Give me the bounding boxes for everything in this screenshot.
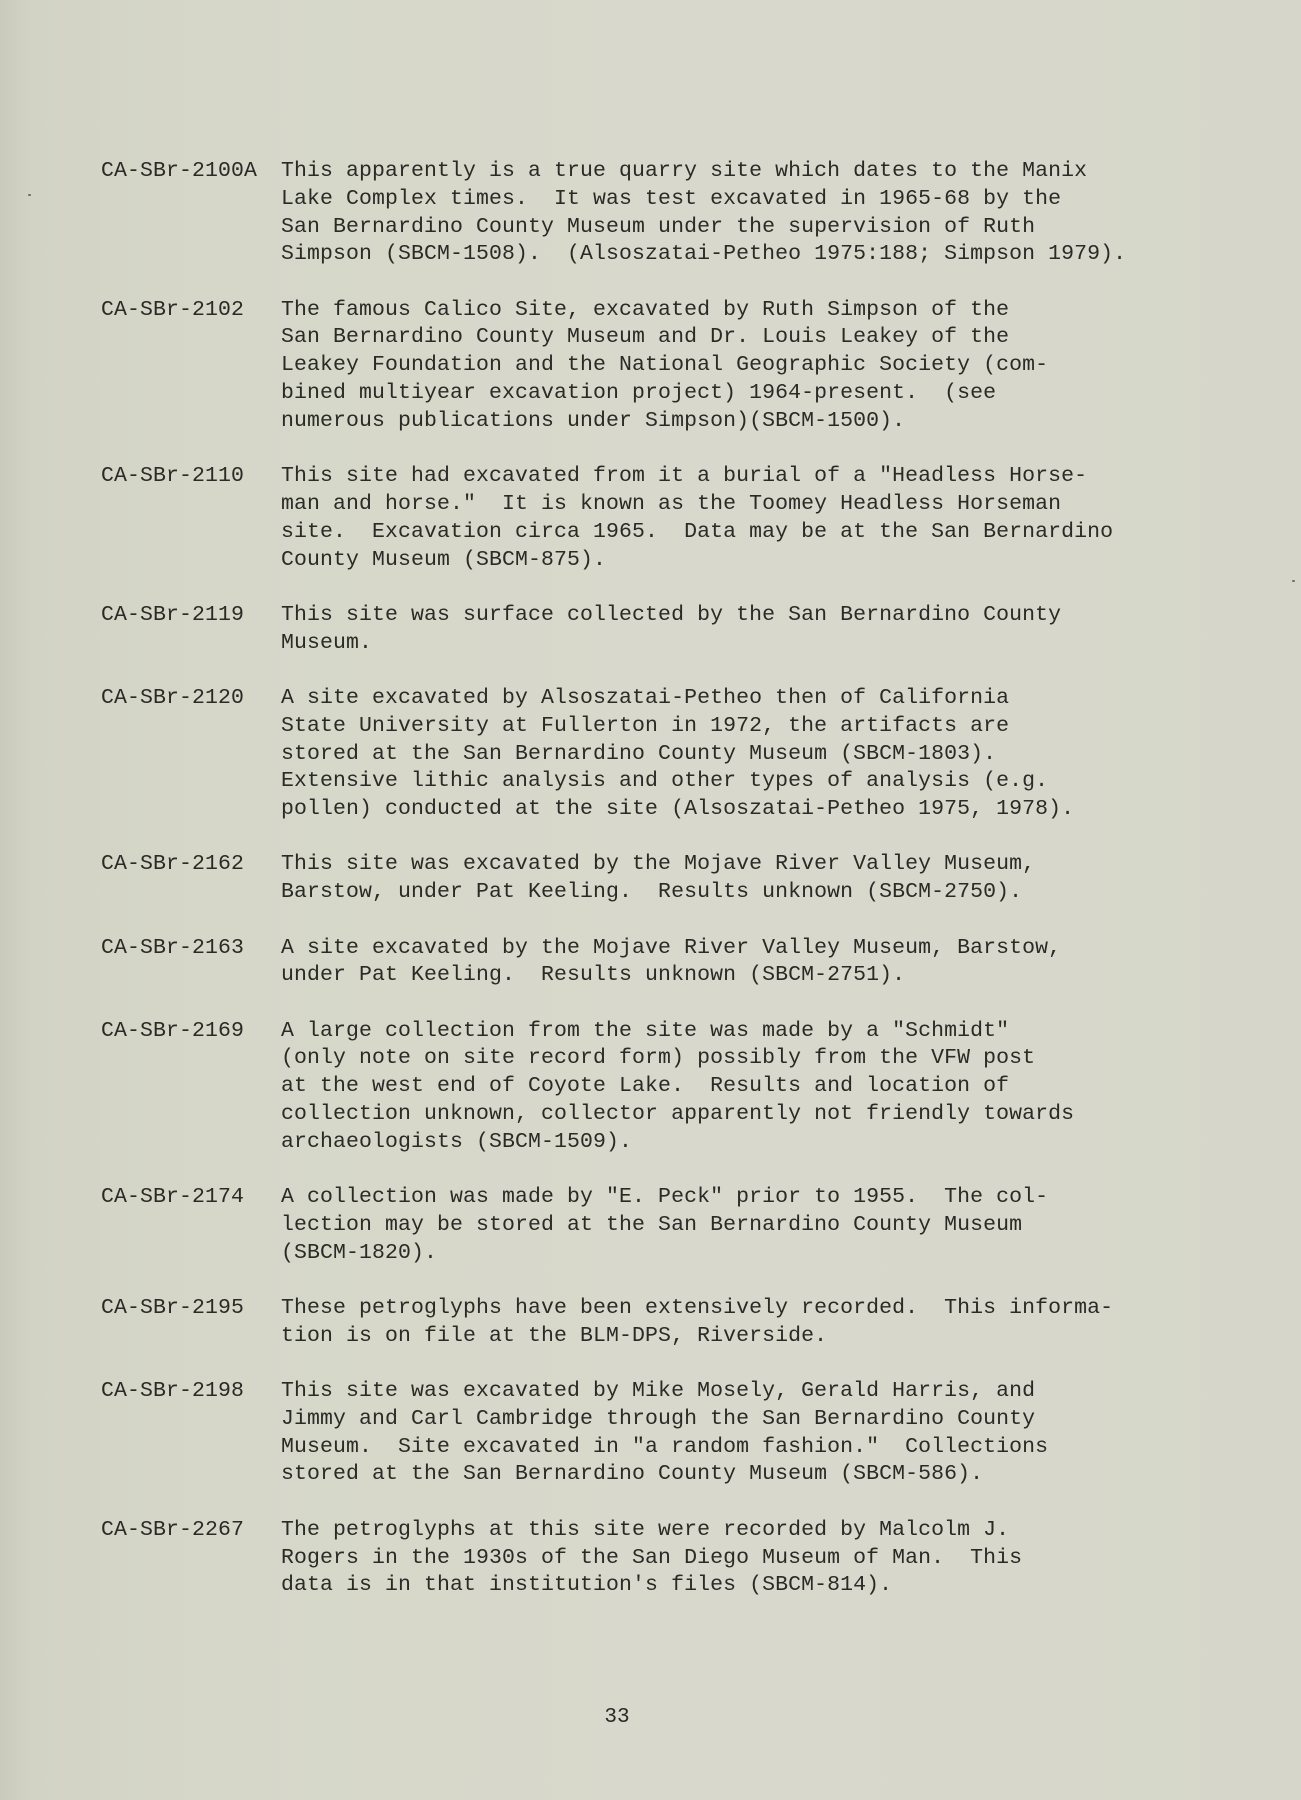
site-id: CA-SBr-2169	[101, 1018, 281, 1046]
description-line: A large collection from the site was mad…	[281, 1018, 1074, 1046]
description-line: archaeologists (SBCM-1509).	[281, 1129, 1074, 1157]
site-entry: CA-SBr-2120A site excavated by Alsoszata…	[101, 685, 1201, 824]
description-line: San Bernardino County Museum under the s…	[281, 214, 1126, 242]
description-line: lection may be stored at the San Bernard…	[281, 1212, 1048, 1240]
description-line: Extensive lithic analysis and other type…	[281, 768, 1074, 796]
description-line: Barstow, under Pat Keeling. Results unkn…	[281, 879, 1035, 907]
scan-speck	[1292, 580, 1295, 582]
site-id: CA-SBr-2110	[101, 463, 281, 491]
description-line: Museum. Site excavated in "a random fash…	[281, 1434, 1048, 1462]
description-line: This site was surface collected by the S…	[281, 602, 1061, 630]
description-line: San Bernardino County Museum and Dr. Lou…	[281, 324, 1048, 352]
site-entry: CA-SBr-2195These petroglyphs have been e…	[101, 1295, 1201, 1351]
description-line: Leakey Foundation and the National Geogr…	[281, 352, 1048, 380]
description-line: Museum.	[281, 630, 1061, 658]
site-description: The petroglyphs at this site were record…	[281, 1517, 1022, 1600]
site-entry: CA-SBr-2100AThis apparently is a true qu…	[101, 158, 1201, 269]
description-line: The famous Calico Site, excavated by Rut…	[281, 297, 1048, 325]
description-line: collection unknown, collector apparently…	[281, 1101, 1074, 1129]
scan-speck	[28, 194, 31, 196]
description-line: data is in that institution's files (SBC…	[281, 1572, 1022, 1600]
description-line: Rogers in the 1930s of the San Diego Mus…	[281, 1545, 1022, 1573]
site-id: CA-SBr-2162	[101, 851, 281, 879]
description-line: stored at the San Bernardino County Muse…	[281, 1461, 1048, 1489]
description-line: (only note on site record form) possibly…	[281, 1045, 1074, 1073]
site-id: CA-SBr-2267	[101, 1517, 281, 1545]
site-entries-list: CA-SBr-2100AThis apparently is a true qu…	[101, 158, 1201, 1628]
description-line: This site had excavated from it a burial…	[281, 463, 1113, 491]
description-line: bined multiyear excavation project) 1964…	[281, 380, 1048, 408]
site-description: A large collection from the site was mad…	[281, 1018, 1074, 1157]
site-id: CA-SBr-2163	[101, 935, 281, 963]
description-line: numerous publications under Simpson)(SBC…	[281, 408, 1048, 436]
site-description: This site was excavated by Mike Mosely, …	[281, 1378, 1048, 1489]
page-number: 33	[0, 1706, 1234, 1729]
description-line: A site excavated by Alsoszatai-Petheo th…	[281, 685, 1074, 713]
site-id: CA-SBr-2102	[101, 297, 281, 325]
site-id: CA-SBr-2174	[101, 1184, 281, 1212]
description-line: tion is on file at the BLM-DPS, Riversid…	[281, 1323, 1113, 1351]
description-line: This site was excavated by Mike Mosely, …	[281, 1378, 1048, 1406]
site-entry: CA-SBr-2198This site was excavated by Mi…	[101, 1378, 1201, 1489]
site-entry: CA-SBr-2174A collection was made by "E. …	[101, 1184, 1201, 1267]
site-description: A collection was made by "E. Peck" prior…	[281, 1184, 1048, 1267]
site-description: The famous Calico Site, excavated by Rut…	[281, 297, 1048, 436]
site-entry: CA-SBr-2163A site excavated by the Mojav…	[101, 935, 1201, 991]
description-line: Lake Complex times. It was test excavate…	[281, 186, 1126, 214]
site-entry: CA-SBr-2169A large collection from the s…	[101, 1018, 1201, 1157]
site-id: CA-SBr-2198	[101, 1378, 281, 1406]
description-line: County Museum (SBCM-875).	[281, 547, 1113, 575]
site-description: This site had excavated from it a burial…	[281, 463, 1113, 574]
site-id: CA-SBr-2100A	[101, 158, 281, 186]
site-entry: CA-SBr-2267The petroglyphs at this site …	[101, 1517, 1201, 1600]
description-line: These petroglyphs have been extensively …	[281, 1295, 1113, 1323]
site-entry: CA-SBr-2102The famous Calico Site, excav…	[101, 297, 1201, 436]
description-line: A site excavated by the Mojave River Val…	[281, 935, 1061, 963]
site-entry: CA-SBr-2162This site was excavated by th…	[101, 851, 1201, 907]
description-line: (SBCM-1820).	[281, 1240, 1048, 1268]
description-line: at the west end of Coyote Lake. Results …	[281, 1073, 1074, 1101]
description-line: pollen) conducted at the site (Alsoszata…	[281, 796, 1074, 824]
site-description: A site excavated by the Mojave River Val…	[281, 935, 1061, 991]
description-line: Jimmy and Carl Cambridge through the San…	[281, 1406, 1048, 1434]
description-line: Simpson (SBCM-1508). (Alsoszatai-Petheo …	[281, 241, 1126, 269]
description-line: State University at Fullerton in 1972, t…	[281, 713, 1074, 741]
site-description: This site was excavated by the Mojave Ri…	[281, 851, 1035, 907]
site-id: CA-SBr-2120	[101, 685, 281, 713]
description-line: site. Excavation circa 1965. Data may be…	[281, 519, 1113, 547]
site-entry: CA-SBr-2110This site had excavated from …	[101, 463, 1201, 574]
description-line: This apparently is a true quarry site wh…	[281, 158, 1126, 186]
site-description: A site excavated by Alsoszatai-Petheo th…	[281, 685, 1074, 824]
site-description: These petroglyphs have been extensively …	[281, 1295, 1113, 1351]
description-line: This site was excavated by the Mojave Ri…	[281, 851, 1035, 879]
description-line: The petroglyphs at this site were record…	[281, 1517, 1022, 1545]
site-description: This apparently is a true quarry site wh…	[281, 158, 1126, 269]
site-id: CA-SBr-2195	[101, 1295, 281, 1323]
description-line: under Pat Keeling. Results unknown (SBCM…	[281, 962, 1061, 990]
description-line: stored at the San Bernardino County Muse…	[281, 741, 1074, 769]
description-line: man and horse." It is known as the Toome…	[281, 491, 1113, 519]
document-page: CA-SBr-2100AThis apparently is a true qu…	[0, 0, 1301, 1800]
description-line: A collection was made by "E. Peck" prior…	[281, 1184, 1048, 1212]
site-description: This site was surface collected by the S…	[281, 602, 1061, 658]
site-id: CA-SBr-2119	[101, 602, 281, 630]
site-entry: CA-SBr-2119This site was surface collect…	[101, 602, 1201, 658]
